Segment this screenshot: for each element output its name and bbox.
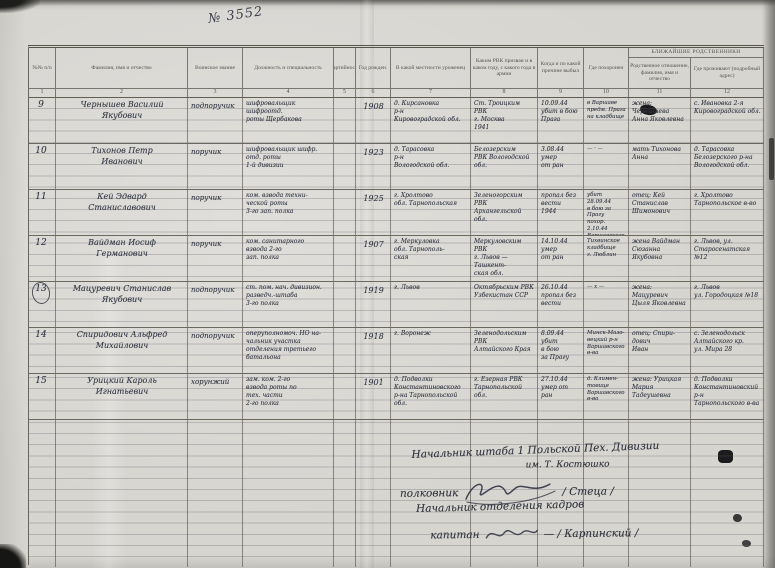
- col-number: 1: [29, 88, 56, 97]
- cell-relative: жена: Урицкая Мария Тадеушевна: [629, 374, 691, 419]
- cell-departed: 26.10.44 пропал без вести: [538, 282, 584, 327]
- table-row: 11 Кей Эдвард Станиславович поручик ком.…: [29, 190, 764, 236]
- cell-buried: Минск-Мазо- вецкий р-н Варшавского в-ва: [584, 328, 629, 373]
- cell-drafted-by: Белозерским РВК Вологодской обл.: [471, 144, 538, 189]
- scan-smudge: [769, 138, 774, 180]
- cell-buried: — х —: [584, 282, 629, 327]
- table-row: 14 Спиридович Альфред Михайлович подпору…: [29, 328, 764, 374]
- cell-relative: жена: Мацуревич Цыля Яковлевна: [629, 282, 691, 327]
- cell-position: ком. санитарного взвода 2-го зап. полка: [243, 236, 334, 281]
- cell-relative: жена Вайдман Сюзанна Якубовна: [629, 236, 691, 281]
- row-number: 11: [29, 190, 56, 235]
- cell-address: д. Тарасовка Белозерского р-на Вологодск…: [691, 144, 764, 189]
- cell-departed: 14.10.44 умер от ран: [538, 236, 584, 281]
- col-header-buried: Где похоронен: [584, 48, 629, 88]
- cell-departed: пропал без вести 1944: [538, 190, 584, 235]
- col-header-address: Где проживают (подробный адрес): [691, 58, 764, 88]
- col-number: 9: [538, 88, 584, 97]
- cell-position: шифровальщик шифроотд. роты Щербакова: [243, 98, 334, 143]
- col-header-drafted: Каким РВК призван и в каком году, с како…: [471, 48, 538, 88]
- cell-drafted-by: Ст. Троицким РВК г. Москва 1941: [471, 98, 538, 143]
- col-number: 4: [243, 88, 334, 97]
- cell-rank: поручик: [188, 190, 243, 235]
- cell-party: [334, 144, 356, 189]
- cell-birthplace: г. Воронеж: [391, 328, 471, 373]
- table-row: 10 Тихонов Петр Иванович поручик шифрова…: [29, 144, 764, 190]
- cell-birth-year: 1907: [356, 236, 391, 281]
- cell-rank: поручик: [188, 144, 243, 189]
- cell-party: [334, 236, 356, 281]
- footer-rank-colonel: полковник: [400, 487, 459, 500]
- cell-party: [334, 190, 356, 235]
- cell-name: Урицкий Кароль Игнатьевич: [56, 374, 188, 419]
- cell-buried: Тихвинское кладбище г. Люблин: [584, 236, 629, 281]
- col-header-departed: Когда и по какой причине выбыл: [538, 48, 584, 88]
- cell-relative: жена: Чернышева Анна Яковлевна: [629, 98, 691, 143]
- cell-position: ст. пом. нач. дивизион. разведч.-штаба 3…: [243, 282, 334, 327]
- footer-rank-captain: капитан: [430, 529, 479, 542]
- cell-party: [334, 328, 356, 373]
- footer-name-karpinski: — / Карпинский /: [543, 527, 638, 540]
- cell-buried: — · —: [584, 144, 629, 189]
- cell-rank: поручик: [188, 236, 243, 281]
- col-number: 6: [356, 88, 391, 97]
- col-number: 11: [629, 88, 691, 97]
- cell-position: зам. ком. 2-го взвода роты по тех. части…: [243, 374, 334, 419]
- table-row: 9 Чернышев Василий Якубович подпоручик ш…: [29, 98, 764, 144]
- signature-karpinski-flourish: [483, 524, 539, 545]
- col-header-rank: Воинское звание: [188, 48, 243, 88]
- table-header: №№ п/п Фамилия, имя и отчество Воинское …: [29, 48, 764, 98]
- row-number: 12: [29, 236, 56, 281]
- cell-birth-year: 1919: [356, 282, 391, 327]
- scan-edge-top: [0, 0, 775, 6]
- cell-party: [334, 282, 356, 327]
- row-number: 14: [29, 328, 56, 373]
- footer-title-line: Начальник штаба 1 Польской Пех. Дивизии: [411, 440, 659, 461]
- cell-birth-year: 1908: [356, 98, 391, 143]
- cell-buried: в Варшаве предм. Прага на кладбище: [584, 98, 629, 143]
- col-number: 8: [471, 88, 538, 97]
- col-group-relatives: БЛИЖАЙШИЕ РОДСТВЕННИКИ: [629, 48, 764, 58]
- cell-position: ком. взвода техни- ческой роты 3-го зап.…: [243, 190, 334, 235]
- cell-departed: 3.08.44 умер от ран: [538, 144, 584, 189]
- cell-address: г. Львов ул. Городоцкая №18: [691, 282, 764, 327]
- cell-relative: отец: Кей Станислав Шимонович: [629, 190, 691, 235]
- cell-address: д. Подволки Константиновский р-н Тарнопо…: [691, 374, 764, 419]
- col-header-birthplace: В какой местности уроженец: [391, 48, 471, 88]
- cell-name: Мацуревич Станислав Якубович: [56, 282, 188, 327]
- cell-position: оперуполномоч. НО на- чальник участка от…: [243, 328, 334, 373]
- cell-drafted-by: Меркуловским РВК г. Львов — Ташкент- ска…: [471, 236, 538, 281]
- col-number: 7: [391, 88, 471, 97]
- signature-block: Начальник штаба 1 Польской Пех. Дивизии …: [387, 438, 748, 562]
- cell-departed: 8.09.44 убит в бою за Прагу: [538, 328, 584, 373]
- table-row: 13 Мацуревич Станислав Якубович подпоруч…: [29, 282, 764, 328]
- row-number: 9: [29, 98, 56, 143]
- cell-rank: подпоручик: [188, 328, 243, 373]
- footer-title-line2: им. Т. Костюшко: [526, 460, 610, 471]
- cell-birthplace: г. Хролтово обл. Тарнопольская: [391, 190, 471, 235]
- scan-edge-right: [763, 0, 775, 568]
- cell-birth-year: 1901: [356, 374, 391, 419]
- row-number: 15: [29, 374, 56, 419]
- col-header-position: Должность и специальность: [243, 48, 334, 88]
- col-number: 5: [334, 88, 356, 97]
- handwritten-doc-number: № 3552: [207, 4, 264, 27]
- scanned-register-page: № 3552 №№ п/п Фамилия, имя и отчество Во…: [0, 0, 775, 568]
- cell-party: [334, 98, 356, 143]
- cell-drafted-by: г. Езерная РВК Тарнопольской обл.: [471, 374, 538, 419]
- cell-birth-year: 1923: [356, 144, 391, 189]
- col-number: 12: [691, 88, 764, 97]
- cell-birth-year: 1925: [356, 190, 391, 235]
- col-header-born: Год рожден.: [356, 48, 391, 88]
- cell-buried: д. Климен- товице Варшавского в-ва: [584, 374, 629, 419]
- cell-address: с. Зеленодольск Алтайского кр. ул. Мира …: [691, 328, 764, 373]
- row-number: 10: [29, 144, 56, 189]
- cell-name: Кей Эдвард Станиславович: [56, 190, 188, 235]
- scan-corner-top-left: [0, 0, 40, 13]
- col-number: 3: [188, 88, 243, 97]
- cell-rank: подпоручик: [188, 98, 243, 143]
- scan-corner-bottom-left: [0, 544, 26, 568]
- cell-relative: мать Тихонова Анна: [629, 144, 691, 189]
- cell-address: г. Хролтово Тарнопольское в-во: [691, 190, 764, 235]
- cell-name: Вайдман Иосиф Германович: [56, 236, 188, 281]
- table-body: 9 Чернышев Василий Якубович подпоручик ш…: [29, 98, 764, 420]
- table-row: 15 Урицкий Кароль Игнатьевич хорунжий за…: [29, 374, 764, 420]
- col-header-party: Партийность: [334, 48, 356, 88]
- col-number: 10: [584, 88, 629, 97]
- col-header-num: №№ п/п: [29, 48, 56, 88]
- cell-address: с. Ивановка 2-я Кировоградской обл.: [691, 98, 764, 143]
- cell-rank: хорунжий: [188, 374, 243, 419]
- cell-departed: 27.10.44 умер от ран: [538, 374, 584, 419]
- cell-birthplace: г. Львов: [391, 282, 471, 327]
- cell-birthplace: д. Кирсановка р-н Кировоградской обл.: [391, 98, 471, 143]
- cell-rank: подпоручик: [188, 282, 243, 327]
- row-number: 13: [29, 282, 56, 327]
- cell-name: Тихонов Петр Иванович: [56, 144, 188, 189]
- cell-drafted-by: Зеленогорским РВК Архангельской обл.: [471, 190, 538, 235]
- cell-name: Чернышев Василий Якубович: [56, 98, 188, 143]
- table-row: 12 Вайдман Иосиф Германович поручик ком.…: [29, 236, 764, 282]
- cell-relative: отец: Спири- дович Иван: [629, 328, 691, 373]
- cell-buried: убит 28.09.44 в бою за Прагу похор. 2.10…: [584, 190, 629, 235]
- cell-position: шифровальщик шифр. отд. роты 1-й дивизии: [243, 144, 334, 189]
- cell-birthplace: д. Тарасовка р-н Вологодской обл.: [391, 144, 471, 189]
- col-header-name: Фамилия, имя и отчество: [56, 48, 188, 88]
- cell-departed: 10.09.44 убит в бою Прага: [538, 98, 584, 143]
- cell-name: Спиридович Альфред Михайлович: [56, 328, 188, 373]
- cell-drafted-by: Октябрьским РВК Узбекистан ССР: [471, 282, 538, 327]
- cell-birthplace: д. Подволки Константиновского р-на Тарно…: [391, 374, 471, 419]
- cell-birthplace: г. Меркуловка обл. Тарнополь- ская: [391, 236, 471, 281]
- cell-birth-year: 1918: [356, 328, 391, 373]
- col-number: 2: [56, 88, 188, 97]
- cell-drafted-by: Зеленодольским РВК Алтайского Края: [471, 328, 538, 373]
- cell-address: г. Львов, ул. Старосенатская №12: [691, 236, 764, 281]
- cell-party: [334, 374, 356, 419]
- footer-name-steca: / Стеца /: [562, 486, 614, 499]
- col-header-relative: Родственное отношение, фамилия, имя и от…: [629, 58, 691, 88]
